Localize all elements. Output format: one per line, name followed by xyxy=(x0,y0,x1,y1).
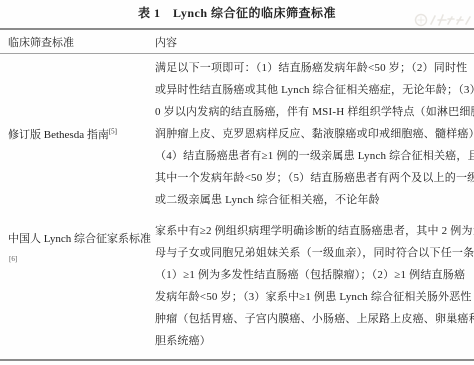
criterion-cell: 中国人 Lynch 综合征家系标准 [6] xyxy=(0,213,150,352)
criterion-cell: 修订版 Bethesda 指南[5] xyxy=(0,54,150,213)
criterion-ref: [6] xyxy=(8,255,150,263)
content-line: 胆系统癌） xyxy=(155,330,474,352)
content-line: 润肿瘤上皮、克罗恩病样反应、黏液腺癌或印戒细胞癌、髓样癌）； xyxy=(155,123,474,145)
content-line: 家系中有≥2 例组织病理学明确诊断的结直肠癌患者，其中 2 例为父 xyxy=(155,220,474,242)
table-header-row: 临床筛查标准 内容 xyxy=(0,30,474,54)
criterion-label: 中国人 Lynch 综合征家系标准 xyxy=(8,233,151,245)
content-line: 或异时性结直肠癌或其他 Lynch 综合征相关癌症，无论年龄；（3）6 xyxy=(155,79,474,101)
content-line: 其中一个发病年龄<50 岁；（5）结直肠癌患者有两个及以上的一级 xyxy=(155,167,474,189)
content-line: 满足以下一项即可：（1）结直肠癌发病年龄<50 岁；（2）同时性 xyxy=(155,57,474,79)
content-cell: 家系中有≥2 例组织病理学明确诊断的结直肠癌患者，其中 2 例为父 母与子女或同… xyxy=(150,213,474,352)
content-line: （1）≥1 例为多发性结直肠癌（包括腺瘤）；（2）≥1 例结直肠癌 xyxy=(155,264,474,286)
paper-table-page: 表 1 Lynch 综合征的临床筛查标准 临床筛查标准 内容 修订版 Bethe… xyxy=(0,0,474,365)
column-header-content: 内容 xyxy=(150,34,474,50)
table-caption: 表 1 Lynch 综合征的临床筛查标准 xyxy=(0,4,474,21)
content-line: 肿瘤（包括胃癌、子宫内膜癌、小肠癌、上尿路上皮癌、卵巢癌和肝 xyxy=(155,308,474,330)
table-row: 修订版 Bethesda 指南[5] 满足以下一项即可：（1）结直肠癌发病年龄<… xyxy=(0,54,474,213)
content-line: 母与子女或同胞兄弟姐妹关系（一级血亲），同时符合以下任一条件： xyxy=(155,242,474,264)
screening-table: 临床筛查标准 内容 修订版 Bethesda 指南[5] 满足以下一项即可：（1… xyxy=(0,28,474,361)
column-header-criteria: 临床筛查标准 xyxy=(0,34,150,50)
criterion-ref: [5] xyxy=(109,127,117,135)
content-line: 发病年龄<50 岁；（3）家系中≥1 例患 Lynch 综合征相关肠外恶性 xyxy=(155,286,474,308)
content-line: （4）结直肠癌患者有≥1 例的一级亲属患 Lynch 综合征相关癌，且 xyxy=(155,145,474,167)
content-line: 0 岁以内发病的结直肠癌，伴有 MSI-H 样组织学特点（如淋巴细胞浸 xyxy=(155,101,474,123)
content-line: 或二级亲属患 Lynch 综合征相关癌，不论年龄 xyxy=(155,189,474,211)
table-row: 中国人 Lynch 综合征家系标准 [6] 家系中有≥2 例组织病理学明确诊断的… xyxy=(0,213,474,352)
content-cell: 满足以下一项即可：（1）结直肠癌发病年龄<50 岁；（2）同时性 或异时性结直肠… xyxy=(150,54,474,213)
criterion-label: 修订版 Bethesda 指南[5] xyxy=(8,126,117,142)
